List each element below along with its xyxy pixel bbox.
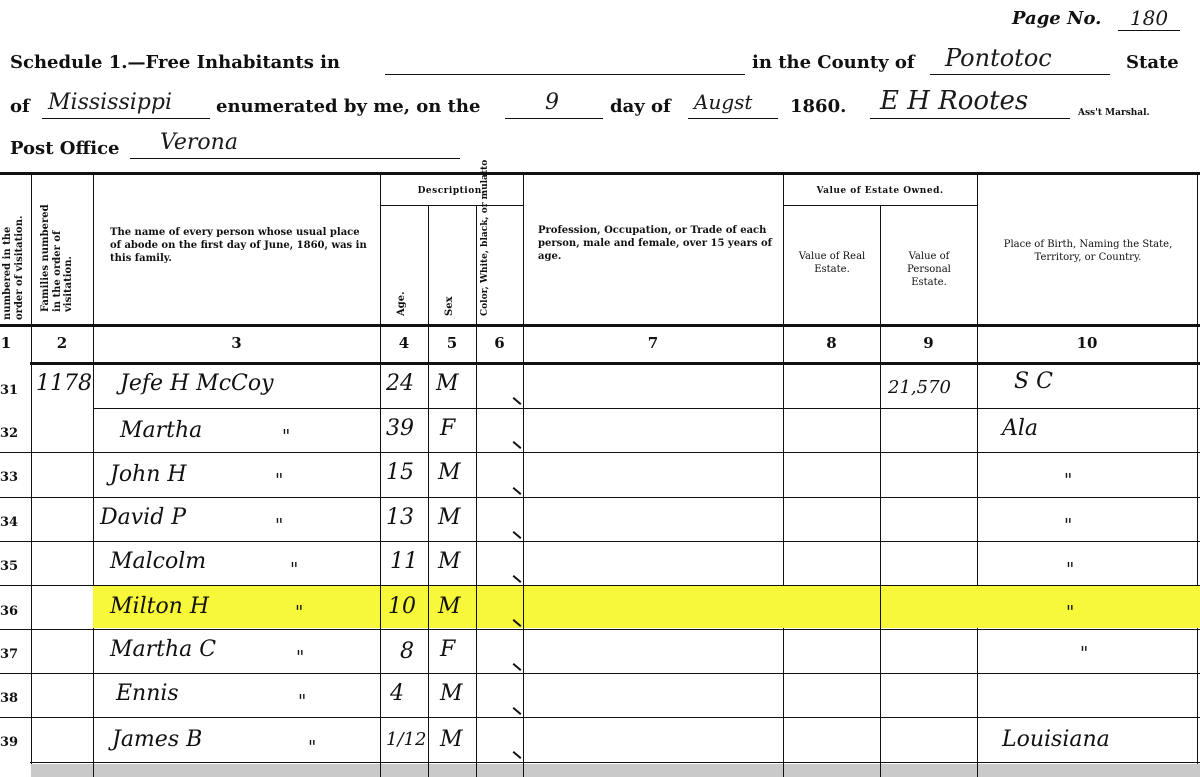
- description-group-header: Description.: [380, 186, 523, 198]
- col-number-3: 3: [93, 334, 380, 352]
- col7-header: Profession, Occupation, or Trade of each…: [538, 224, 776, 263]
- line-number: 39: [0, 735, 28, 750]
- col5-header: Sex: [444, 296, 456, 316]
- birthplace: ": [1064, 470, 1072, 491]
- person-age: 10: [388, 594, 416, 619]
- person-age: 39: [386, 416, 414, 441]
- birthplace: ": [1066, 559, 1074, 580]
- line-number: 38: [0, 691, 28, 706]
- county-field-line: [930, 74, 1110, 75]
- county-value: Pontotoc: [945, 44, 1052, 72]
- person-sex: M: [440, 681, 463, 706]
- row-divider: [30, 762, 1200, 763]
- ditto-mark: ": [275, 515, 283, 536]
- day-field-line: [505, 118, 603, 119]
- family-number: 1178: [36, 371, 92, 396]
- col-number-8: 8: [783, 334, 880, 352]
- col2-header: Families numbered in the order of visita…: [40, 177, 75, 312]
- ditto-mark: ": [275, 470, 283, 491]
- page-number-value: 180: [1118, 6, 1180, 31]
- col-divider-overlay: [880, 586, 881, 628]
- year-label: 1860.: [790, 96, 846, 117]
- col-number-9: 9: [880, 334, 977, 352]
- person-sex: M: [436, 371, 459, 396]
- person-sex: M: [438, 549, 461, 574]
- person-age: 4: [390, 681, 404, 706]
- person-sex: M: [438, 460, 461, 485]
- table-row: 35 Malcolm " 11 M ": [0, 541, 1200, 585]
- birthplace: ": [1066, 602, 1074, 623]
- col-number-7: 7: [523, 334, 783, 352]
- col-number-5: 5: [428, 334, 476, 352]
- table-row: 34 David P " 13 M ": [0, 497, 1200, 541]
- table-row: 37 Martha C " 8 F ": [0, 629, 1200, 673]
- col1-header-line1: numbered in the: [2, 172, 14, 320]
- partial-row-shaded: [31, 764, 1200, 777]
- person-name: Ennis: [116, 681, 179, 706]
- post-office-field-line: [130, 158, 460, 159]
- inhabitants-in-field: [385, 74, 745, 75]
- col3-header: The name of every person whose usual pla…: [110, 226, 370, 265]
- page-number-label: Page No.: [1012, 8, 1101, 29]
- header-bottom-border: [0, 324, 1200, 327]
- personal-estate-value: 21,570: [888, 377, 951, 398]
- col6-header: Color, White, black, or mulatto: [480, 206, 490, 316]
- col-divider-overlay: [380, 764, 381, 777]
- day-value: 9: [545, 90, 559, 115]
- col4-header: Age.: [396, 291, 408, 316]
- state-value: Mississippi: [48, 90, 172, 115]
- person-sex: M: [440, 727, 463, 752]
- ditto-mark: ": [308, 737, 316, 758]
- col-divider-overlay: [880, 764, 881, 777]
- day-of-label: day of: [610, 96, 671, 117]
- col-number-2: 2: [31, 334, 93, 352]
- birthplace: ": [1080, 643, 1088, 664]
- month-value: Augst: [694, 90, 752, 114]
- col6-header-color: Color,: [480, 286, 490, 316]
- estate-group-header: Value of Estate Owned.: [783, 186, 977, 198]
- county-label: in the County of: [752, 52, 915, 73]
- marshal-field-line: [870, 118, 1070, 119]
- col-divider-overlay: [428, 586, 429, 628]
- col-number-4: 4: [380, 334, 428, 352]
- person-name: Jefe H McCoy: [120, 371, 274, 396]
- birthplace: Ala: [1002, 416, 1038, 441]
- ditto-mark: ": [298, 691, 306, 712]
- line-number: 31: [0, 383, 28, 398]
- col-divider-overlay: [523, 764, 524, 777]
- col1-header: numbered in the order of visitation.: [2, 172, 25, 320]
- person-sex: M: [438, 594, 461, 619]
- birthplace: S C: [1014, 369, 1053, 394]
- of-label: of: [10, 96, 30, 117]
- col2-header-line1: Families numbered: [40, 177, 52, 312]
- ditto-mark: ": [295, 602, 303, 623]
- person-age: 11: [390, 549, 418, 574]
- post-office-value: Verona: [160, 130, 238, 155]
- col-divider-overlay: [93, 764, 94, 777]
- person-name: Malcolm: [110, 549, 206, 574]
- post-office-label: Post Office: [10, 138, 119, 159]
- ditto-mark: ": [296, 647, 304, 668]
- col-divider-overlay: [783, 764, 784, 777]
- person-sex: M: [438, 505, 461, 530]
- line-number: 34: [0, 515, 28, 530]
- line-number: 33: [0, 470, 28, 485]
- table-row: 38 Ennis " 4 M: [0, 673, 1200, 717]
- col10-header: Place of Birth, Naming the State, Territ…: [990, 238, 1186, 264]
- person-name: David P: [100, 505, 186, 530]
- col-number-6: 6: [476, 334, 523, 352]
- description-group-divider: [380, 205, 523, 206]
- person-age: 8: [400, 639, 414, 664]
- birthplace: Louisiana: [1002, 727, 1110, 752]
- table-row: 31 1178 Jefe H McCoy 24 M 21,570 S C: [0, 363, 1200, 408]
- person-name: John H: [110, 462, 187, 487]
- table-row: 33 John H " 15 M ": [0, 452, 1200, 497]
- birthplace: ": [1064, 515, 1072, 536]
- table-row: 39 James B " 1/12 M Louisiana: [0, 717, 1200, 762]
- person-sex: F: [440, 637, 455, 662]
- line-number: 35: [0, 559, 28, 574]
- line-number: 37: [0, 647, 28, 662]
- col-divider-overlay: [977, 764, 978, 777]
- col-divider-overlay: [428, 764, 429, 777]
- person-age: 15: [386, 460, 414, 485]
- marshal-label: Ass't Marshal.: [1078, 108, 1150, 118]
- person-name: Martha C: [110, 637, 216, 662]
- person-name: Milton H: [110, 594, 209, 619]
- person-name: James B: [112, 727, 202, 752]
- person-age: 13: [386, 505, 414, 530]
- table-top-border: [0, 172, 1200, 175]
- person-age: 1/12: [386, 729, 426, 750]
- col2-header-line2: in the order of: [52, 177, 64, 312]
- line-number: 36: [0, 604, 28, 619]
- state-label: State: [1126, 52, 1179, 73]
- month-field-line: [688, 118, 778, 119]
- col-divider-overlay: [523, 586, 524, 628]
- col1-header-line2: order of visitation.: [14, 172, 26, 320]
- person-name: Martha: [120, 418, 202, 443]
- state-field-line: [42, 118, 210, 119]
- line-number: 32: [0, 426, 28, 441]
- ditto-mark: ": [282, 426, 290, 447]
- col-divider-overlay: [476, 586, 477, 628]
- col-divider-overlay: [476, 764, 477, 777]
- table-row: 32 Martha " 39 F Ala: [0, 408, 1200, 452]
- marshal-signature: E H Rootes: [880, 86, 1028, 116]
- col-number-10: 10: [977, 334, 1197, 352]
- enumerated-label: enumerated by me, on the: [216, 96, 480, 117]
- col2-header-line3: visitation.: [63, 177, 75, 312]
- ditto-mark: ": [290, 559, 298, 580]
- table-row-highlighted[interactable]: Milton H " 10 M ": [93, 586, 1200, 628]
- col9-header: Value of Personal Estate.: [888, 250, 970, 289]
- person-sex: F: [440, 416, 455, 441]
- col-number-1: 1: [0, 334, 12, 352]
- col8-header: Value of Real Estate.: [790, 250, 874, 276]
- col6-header-options: White, black, or mulatto: [480, 160, 490, 283]
- col-divider-overlay: [380, 586, 381, 628]
- person-age: 24: [386, 371, 414, 396]
- schedule-title: Schedule 1.—Free Inhabitants in: [10, 52, 340, 73]
